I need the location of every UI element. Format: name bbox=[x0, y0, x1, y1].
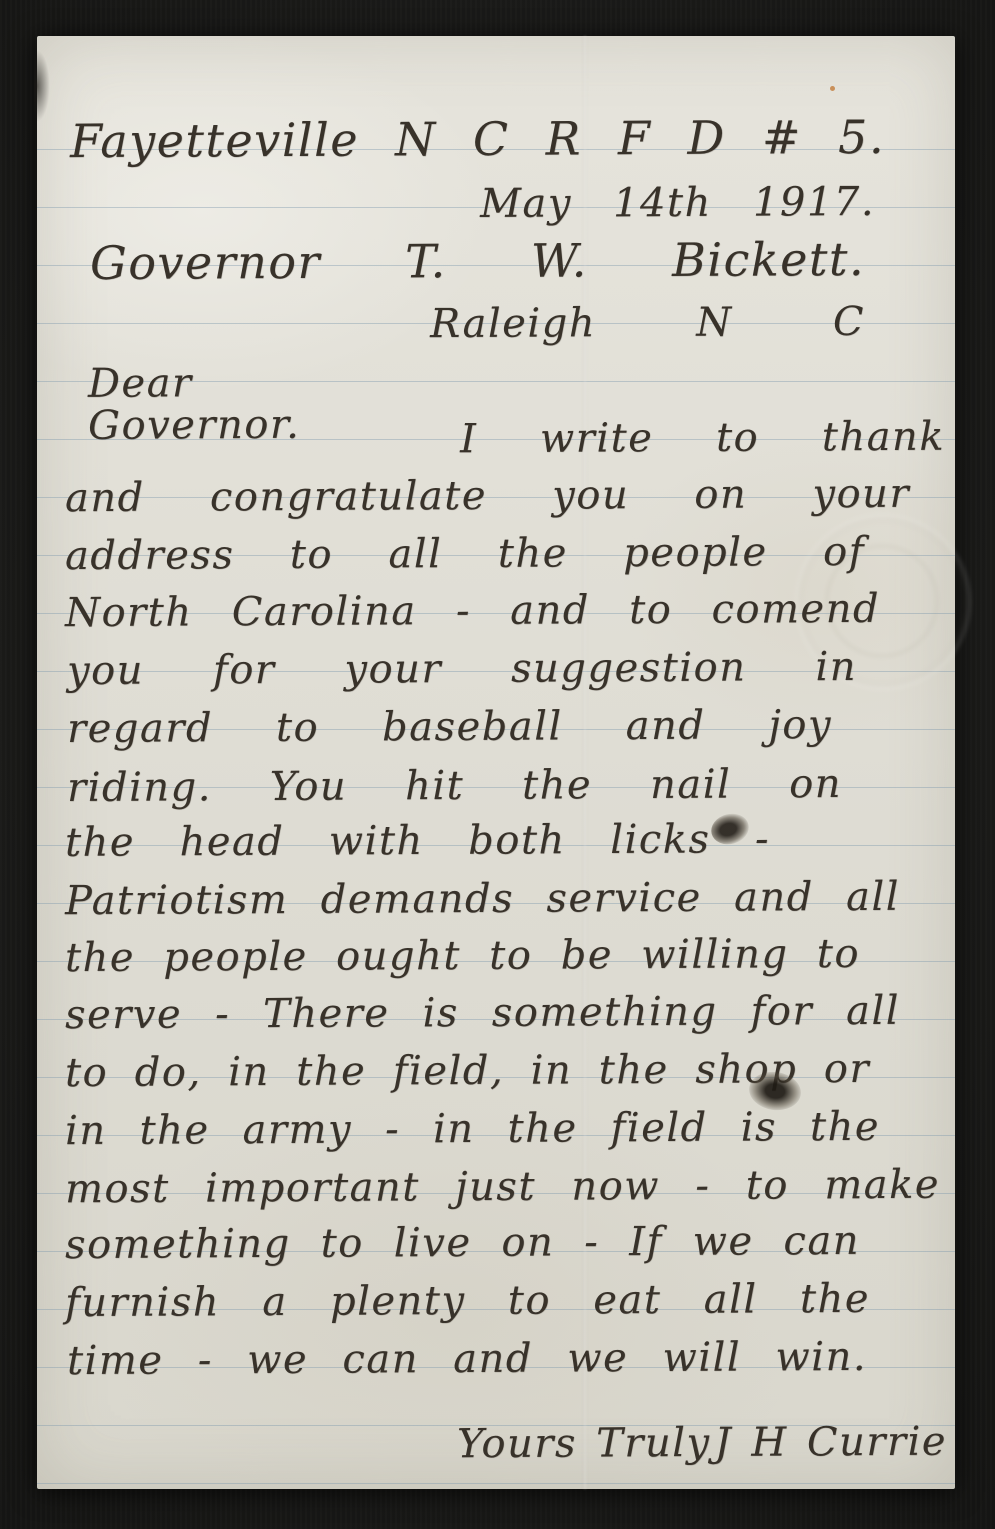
body-line: you for your suggestion in bbox=[67, 646, 857, 692]
body-line: most important just now - to make bbox=[65, 1164, 940, 1211]
edge-smudge bbox=[34, 50, 50, 122]
body-line: Patriotism demands service and all bbox=[65, 876, 900, 922]
body-line: address to all the people of bbox=[65, 531, 865, 577]
place-line: Fayetteville N C R F D # 5. bbox=[70, 113, 885, 166]
closing-line: Yours Truly J H Currie bbox=[457, 1421, 947, 1466]
body-line: something to live on - If we can bbox=[65, 1220, 860, 1266]
body-line: furnish a plenty to eat all the bbox=[65, 1278, 870, 1324]
body-line: time - we can and we will win. bbox=[67, 1336, 867, 1382]
body-line: riding. You hit the nail on bbox=[67, 763, 842, 809]
body-line: and congratulate you on your bbox=[65, 473, 910, 519]
scan-backdrop: Fayetteville N C R F D # 5. May 14th 191… bbox=[0, 0, 995, 1529]
body-line: regard to baseball and joy bbox=[67, 704, 832, 750]
stain-speck bbox=[830, 86, 835, 91]
city-line: Raleigh N C bbox=[430, 301, 865, 345]
body-opening-line: I write to thank bbox=[460, 416, 945, 461]
letter-page: Fayetteville N C R F D # 5. May 14th 191… bbox=[37, 36, 955, 1489]
closing-text: Yours Truly bbox=[457, 1422, 711, 1465]
body-line: in the army - in the field is the bbox=[65, 1106, 880, 1152]
date-line: May 14th 1917. bbox=[480, 181, 875, 225]
body-line: North Carolina - and to comend bbox=[65, 588, 880, 634]
signature-text: J H Currie bbox=[714, 1421, 947, 1464]
body-line: the head with both licks - bbox=[65, 818, 770, 864]
body-line: serve - There is something for all bbox=[65, 990, 900, 1036]
recipient-line: Governor T. W. Bickett. bbox=[90, 235, 865, 287]
body-line: the people ought to be willing to bbox=[65, 933, 860, 979]
salutation-line: Dear Governor. bbox=[88, 361, 418, 447]
